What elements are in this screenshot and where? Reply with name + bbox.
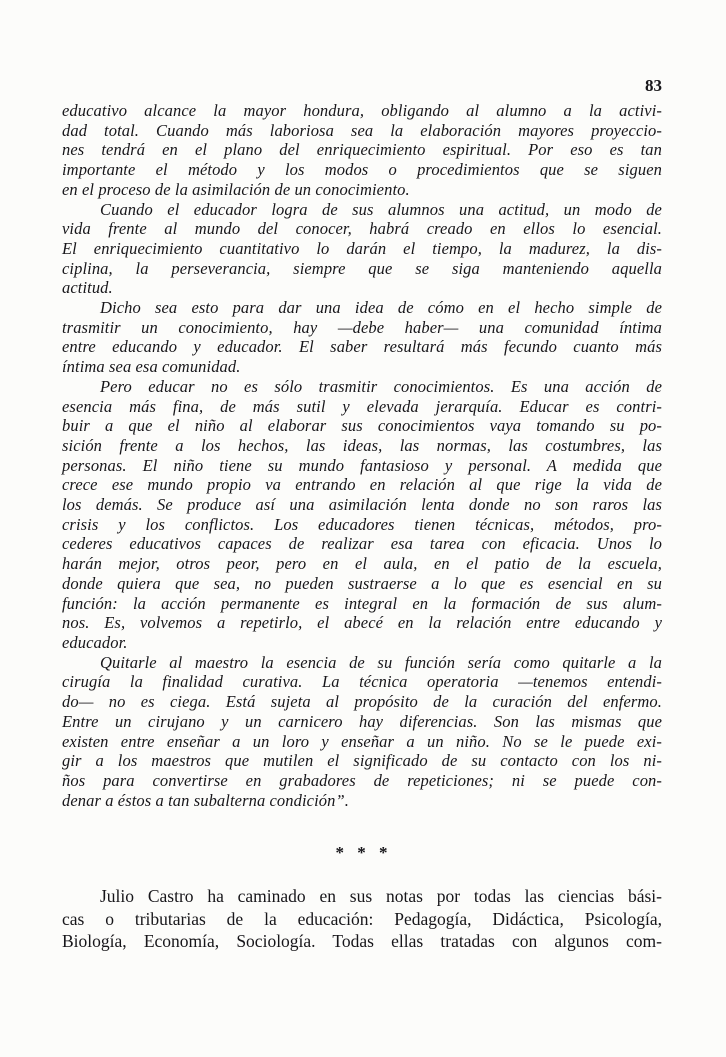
text-line: actitud. — [62, 278, 662, 298]
text-line: Julio Castro ha caminado en sus notas po… — [62, 885, 662, 908]
text-line: El enriquecimiento cuantitativo lo darán… — [62, 239, 662, 259]
page-number: 83 — [645, 76, 662, 95]
text-line: sición frente a los hechos, las ideas, l… — [62, 436, 662, 456]
text-line: nos. Es, volvemos a repetirlo, el abecé … — [62, 613, 662, 633]
text-line: Entre un cirujano y un carnicero hay dif… — [62, 712, 662, 732]
paragraph: Quitarle al maestro la esencia de su fun… — [62, 653, 662, 811]
text-line: los demás. Se produce así una asimilació… — [62, 495, 662, 515]
text-line: educador. — [62, 633, 662, 653]
text-line: gir a los maestros que mutilen el signif… — [62, 751, 662, 771]
paragraph: Julio Castro ha caminado en sus notas po… — [62, 885, 662, 953]
text-line: cas o tributarias de la educación: Pedag… — [62, 908, 662, 931]
text-line: ciplina, la perseverancia, siempre que s… — [62, 259, 662, 279]
text-line: buir a que el niño al elaborar sus conoc… — [62, 416, 662, 436]
text-line: nes tendrá en el plano del enriquecimien… — [62, 140, 662, 160]
text-line: dad total. Cuando más laboriosa sea la e… — [62, 121, 662, 141]
paragraph: Cuando el educador logra de sus alumnos … — [62, 200, 662, 299]
text-line: Biología, Economía, Sociología. Todas el… — [62, 930, 662, 953]
text-line: personas. El niño tiene su mundo fantasi… — [62, 456, 662, 476]
paragraph: educativo alcance la mayor hondura, obli… — [62, 101, 662, 200]
text-line: esencia más fina, de más sutil y elevada… — [62, 397, 662, 417]
text-line: trasmitir un conocimiento, hay —debe hab… — [62, 318, 662, 338]
paragraph: Dicho sea esto para dar una idea de cómo… — [62, 298, 662, 377]
text-line: donde quiera que sea, no pueden sustraer… — [62, 574, 662, 594]
book-page: 83 educativo alcance la mayor hondura, o… — [62, 0, 662, 953]
text-line: Cuando el educador logra de sus alumnos … — [62, 200, 662, 220]
text-line: educativo alcance la mayor hondura, obli… — [62, 101, 662, 121]
text-line: importante el método y los modos o proce… — [62, 160, 662, 180]
text-line: función: la acción permanente es integra… — [62, 594, 662, 614]
text-line: cirugía la finalidad curativa. La técnic… — [62, 672, 662, 692]
text-line: cederes educativos capaces de realizar e… — [62, 534, 662, 554]
page-header: 83 — [62, 76, 662, 95]
text-line: Pero educar no es sólo trasmitir conocim… — [62, 377, 662, 397]
text-line: vida frente al mundo del conocer, habrá … — [62, 219, 662, 239]
text-line: harán mejor, otros peor, pero en el aula… — [62, 554, 662, 574]
text-line: crisis y los conflictos. Los educadores … — [62, 515, 662, 535]
quoted-passage: educativo alcance la mayor hondura, obli… — [62, 101, 662, 810]
paragraph: Pero educar no es sólo trasmitir conocim… — [62, 377, 662, 653]
text-line: crece ese mundo propio va entrando en re… — [62, 475, 662, 495]
commentary-paragraph: Julio Castro ha caminado en sus notas po… — [62, 885, 662, 953]
text-line: ños para convertirse en grabadores de re… — [62, 771, 662, 791]
text-line: Quitarle al maestro la esencia de su fun… — [62, 653, 662, 673]
text-line: íntima sea esa comunidad. — [62, 357, 662, 377]
text-line: do— no es ciega. Está sujeta al propósit… — [62, 692, 662, 712]
text-line: denar a éstos a tan subalterna condición… — [62, 791, 662, 811]
text-line: entre educando y educador. El saber resu… — [62, 337, 662, 357]
text-line: existen entre enseñar a un loro y enseña… — [62, 732, 662, 752]
text-line: Dicho sea esto para dar una idea de cómo… — [62, 298, 662, 318]
asterisk-separator: * * * — [62, 843, 662, 863]
text-line: en el proceso de la asimilación de un co… — [62, 180, 662, 200]
